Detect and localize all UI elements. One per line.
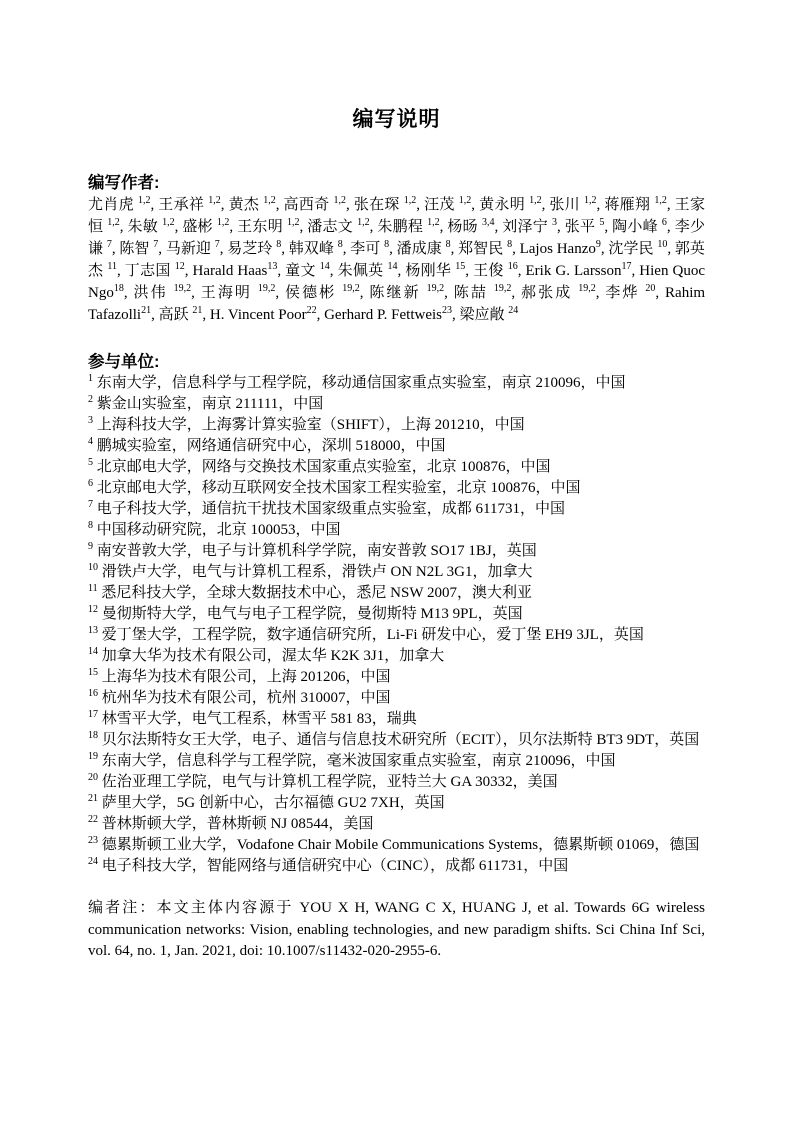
author-name: 丁志国 12 <box>125 263 185 279</box>
affiliation-number: 8 <box>88 520 93 531</box>
affiliation-number: 22 <box>88 814 98 825</box>
author-affiliation-sup: 1,2 <box>404 195 417 206</box>
author-name: 张在琛 1,2 <box>354 197 416 213</box>
author-name: 潘志文 1,2 <box>307 219 369 235</box>
affiliation-number: 21 <box>88 793 98 804</box>
author-name: Gerhard P. Fettweis23 <box>324 307 452 323</box>
author-affiliation-sup: 19,2 <box>258 283 276 294</box>
author-affiliation-sup: 19,2 <box>578 283 596 294</box>
author-affiliation-sup: 19,2 <box>427 283 445 294</box>
author-name: 童文 14 <box>285 263 330 279</box>
affiliation-item: 16 杭州华为技术有限公司，杭州 310007，中国 <box>88 688 705 709</box>
author-name: 梁应敞 24 <box>460 307 519 323</box>
author-name: 侯德彬 19,2 <box>285 285 360 301</box>
author-name: 朱敏 1,2 <box>128 219 175 235</box>
author-affiliation-sup: 8 <box>338 239 343 250</box>
affiliation-number: 18 <box>88 730 98 741</box>
author-affiliation-sup: 8 <box>507 239 512 250</box>
affiliation-number: 11 <box>88 583 98 594</box>
author-affiliation-sup: 1,2 <box>529 195 542 206</box>
affiliation-number: 16 <box>88 688 98 699</box>
affiliation-item: 15 上海华为技术有限公司，上海 201206，中国 <box>88 667 705 688</box>
affiliation-number: 6 <box>88 478 93 489</box>
affiliation-item: 22 普林斯顿大学，普林斯顿 NJ 08544，美国 <box>88 814 705 835</box>
author-affiliation-sup: 11 <box>107 261 117 272</box>
author-affiliation-sup: 1,2 <box>138 195 151 206</box>
affiliation-item: 5 北京邮电大学，网络与交换技术国家重点实验室，北京 100876，中国 <box>88 457 705 478</box>
affiliation-number: 15 <box>88 667 98 678</box>
affiliation-item: 17 林雪平大学，电气工程系，林雪平 581 83，瑞典 <box>88 709 705 730</box>
author-name: 汪茂 1,2 <box>424 197 471 213</box>
author-affiliation-sup: 1,2 <box>162 217 175 228</box>
affiliation-item: 9 南安普敦大学，电子与计算机科学学院，南安普敦 SO17 1BJ，英国 <box>88 541 705 562</box>
affiliation-number: 5 <box>88 457 93 468</box>
affiliation-item: 11 悉尼科技大学，全球大数据技术中心，悉尼 NSW 2007，澳大利亚 <box>88 583 705 604</box>
affiliation-item: 20 佐治亚理工学院，电气与计算机工程学院，亚特兰大 GA 30332，美国 <box>88 772 705 793</box>
affiliation-number: 20 <box>88 772 98 783</box>
author-name: 高跃 21 <box>159 307 203 323</box>
author-name: 杨旸 3,4 <box>447 219 494 235</box>
author-name: 王海明 19,2 <box>201 285 276 301</box>
author-affiliation-sup: 9 <box>596 239 601 250</box>
author-affiliation-sup: 13 <box>267 261 277 272</box>
affiliation-number: 9 <box>88 541 93 552</box>
affiliation-number: 17 <box>88 709 98 720</box>
affiliation-number: 23 <box>88 835 98 846</box>
author-affiliation-sup: 21 <box>192 305 202 316</box>
author-name: 潘成康 8 <box>397 241 451 257</box>
author-affiliation-sup: 16 <box>508 261 518 272</box>
author-affiliation-sup: 14 <box>320 261 330 272</box>
affiliation-number: 7 <box>88 499 93 510</box>
author-affiliation-sup: 21 <box>141 305 151 316</box>
document-page: 编写说明 编写作者: 尤肖虎 1,2, 王承祥 1,2, 黄杰 1,2, 高西奇… <box>0 0 793 1122</box>
affiliation-number: 1 <box>88 373 93 384</box>
author-affiliation-sup: 24 <box>508 305 518 316</box>
author-name: Erik G. Larsson17 <box>526 263 632 279</box>
author-affiliation-sup: 7 <box>215 239 220 250</box>
affiliation-item: 18 贝尔法斯特女王大学，电子、通信与信息技术研究所（ECIT），贝尔法斯特 B… <box>88 730 705 751</box>
author-affiliation-sup: 15 <box>455 261 465 272</box>
author-affiliation-sup: 8 <box>276 239 281 250</box>
affiliation-number: 13 <box>88 625 98 636</box>
author-affiliation-sup: 19,2 <box>174 283 192 294</box>
author-name: 朱鹏程 1,2 <box>377 219 439 235</box>
author-name: 陈继新 19,2 <box>369 285 444 301</box>
author-name: 刘泽宁 3 <box>502 219 557 235</box>
affiliation-item: 1 东南大学，信息科学与工程学院，移动通信国家重点实验室，南京 210096，中… <box>88 373 705 394</box>
author-affiliation-sup: 8 <box>446 239 451 250</box>
author-name: 王承祥 1,2 <box>158 197 220 213</box>
author-affiliation-sup: 5 <box>599 217 604 228</box>
author-affiliation-sup: 1,2 <box>287 217 300 228</box>
author-affiliation-sup: 1,2 <box>263 195 276 206</box>
author-affiliation-sup: 1,2 <box>357 217 370 228</box>
affiliation-item: 4 鹏城实验室，网络通信研究中心，深圳 518000，中国 <box>88 436 705 457</box>
author-name: 李可 8 <box>350 241 389 257</box>
author-name: 尤肖虎 1,2 <box>88 197 150 213</box>
affiliation-item: 24 电子科技大学，智能网络与通信研究中心（CINC），成都 611731，中国 <box>88 856 705 877</box>
affiliation-number: 3 <box>88 415 93 426</box>
affiliation-item: 21 萨里大学，5G 创新中心，古尔福德 GU2 7XH，英国 <box>88 793 705 814</box>
affiliation-item: 3 上海科技大学，上海雾计算实验室（SHIFT），上海 201210，中国 <box>88 415 705 436</box>
page-title: 编写说明 <box>88 105 705 135</box>
editor-note: 编者注：本文主体内容源于 YOU X H, WANG C X, HUANG J,… <box>88 898 705 963</box>
author-name: 沈学民 10 <box>608 241 667 257</box>
author-affiliation-sup: 1,2 <box>427 217 440 228</box>
affiliation-item: 13 爱丁堡大学，工程学院，数字通信研究所，Li-Fi 研发中心，爱丁堡 EH9… <box>88 625 705 646</box>
author-affiliation-sup: 6 <box>662 217 667 228</box>
affiliation-item: 19 东南大学，信息科学与工程学院，毫米波国家重点实验室，南京 210096，中… <box>88 751 705 772</box>
affiliation-item: 14 加拿大华为技术有限公司，渥太华 K2K 3J1，加拿大 <box>88 646 705 667</box>
author-affiliation-sup: 14 <box>388 261 398 272</box>
author-name: Harald Haas13 <box>193 263 278 279</box>
author-name: 蒋雁翔 1,2 <box>604 197 666 213</box>
author-name: 朱佩英 14 <box>338 263 398 279</box>
author-name: 韩双峰 8 <box>289 241 343 257</box>
author-affiliation-sup: 22 <box>307 305 317 316</box>
author-affiliation-sup: 10 <box>657 239 667 250</box>
author-name: 张平 5 <box>565 219 605 235</box>
author-name: 高西奇 1,2 <box>284 197 346 213</box>
author-affiliation-sup: 7 <box>107 239 112 250</box>
author-affiliation-sup: 1,2 <box>107 217 120 228</box>
author-affiliation-sup: 1,2 <box>217 217 230 228</box>
author-name: 张川 1,2 <box>549 197 596 213</box>
author-affiliation-sup: 3,4 <box>482 217 495 228</box>
author-affiliation-sup: 17 <box>622 261 632 272</box>
affiliation-item: 12 曼彻斯特大学，电气与电子工程学院，曼彻斯特 M13 9PL，英国 <box>88 604 705 625</box>
affiliation-item: 23 德累斯顿工业大学，Vodafone Chair Mobile Commun… <box>88 835 705 856</box>
author-name: 盛彬 1,2 <box>182 219 229 235</box>
affiliations-list: 1 东南大学，信息科学与工程学院，移动通信国家重点实验室，南京 210096，中… <box>88 373 705 877</box>
author-affiliation-sup: 12 <box>175 261 185 272</box>
author-name: 杨刚华 15 <box>405 263 465 279</box>
author-affiliation-sup: 23 <box>442 305 452 316</box>
author-affiliation-sup: 18 <box>114 283 124 294</box>
author-name: Lajos Hanzo9 <box>520 241 601 257</box>
author-affiliation-sup: 1,2 <box>208 195 221 206</box>
affiliation-number: 10 <box>88 562 98 573</box>
author-affiliation-sup: 20 <box>645 283 655 294</box>
affiliations-heading: 参与单位: <box>88 351 705 373</box>
author-name: 王俊 16 <box>473 263 518 279</box>
author-affiliation-sup: 19,2 <box>342 283 360 294</box>
authors-heading: 编写作者: <box>88 172 705 194</box>
author-name: 黄永明 1,2 <box>479 197 541 213</box>
author-name: 李烨 20 <box>605 285 655 301</box>
affiliation-item: 6 北京邮电大学，移动互联网安全技术国家工程实验室，北京 100876，中国 <box>88 478 705 499</box>
author-affiliation-sup: 1,2 <box>334 195 347 206</box>
author-name: 洪伟 19,2 <box>133 285 191 301</box>
author-name: H. Vincent Poor22 <box>210 307 317 323</box>
author-name: 陶小峰 6 <box>612 219 667 235</box>
author-name: 易芝玲 8 <box>227 241 281 257</box>
affiliation-number: 19 <box>88 751 98 762</box>
affiliation-number: 2 <box>88 394 93 405</box>
author-name: 郝张成 19,2 <box>521 285 596 301</box>
author-name: 黄杰 1,2 <box>229 197 276 213</box>
author-name: 郑智民 8 <box>458 241 512 257</box>
author-affiliation-sup: 7 <box>153 239 158 250</box>
author-name: 王东明 1,2 <box>237 219 299 235</box>
authors-paragraph: 尤肖虎 1,2, 王承祥 1,2, 黄杰 1,2, 高西奇 1,2, 张在琛 1… <box>88 194 705 326</box>
affiliation-number: 12 <box>88 604 98 615</box>
affiliation-number: 4 <box>88 436 93 447</box>
author-affiliation-sup: 1,2 <box>584 195 597 206</box>
affiliation-item: 10 滑铁卢大学，电气与计算机工程系，滑铁卢 ON N2L 3G1，加拿大 <box>88 562 705 583</box>
affiliation-item: 7 电子科技大学，通信抗干扰技术国家级重点实验室，成都 611731，中国 <box>88 499 705 520</box>
affiliation-number: 14 <box>88 646 98 657</box>
author-name: 陈智 7 <box>119 241 158 257</box>
author-name: 陈喆 19,2 <box>454 285 512 301</box>
author-affiliation-sup: 1,2 <box>654 195 667 206</box>
author-affiliation-sup: 3 <box>552 217 557 228</box>
author-name: 马新迎 7 <box>166 241 220 257</box>
author-affiliation-sup: 19,2 <box>494 283 512 294</box>
affiliation-item: 8 中国移动研究院，北京 100053，中国 <box>88 520 705 541</box>
author-affiliation-sup: 8 <box>384 239 389 250</box>
affiliation-item: 2 紫金山实验室，南京 211111，中国 <box>88 394 705 415</box>
author-affiliation-sup: 1,2 <box>459 195 472 206</box>
affiliation-number: 24 <box>88 856 98 867</box>
